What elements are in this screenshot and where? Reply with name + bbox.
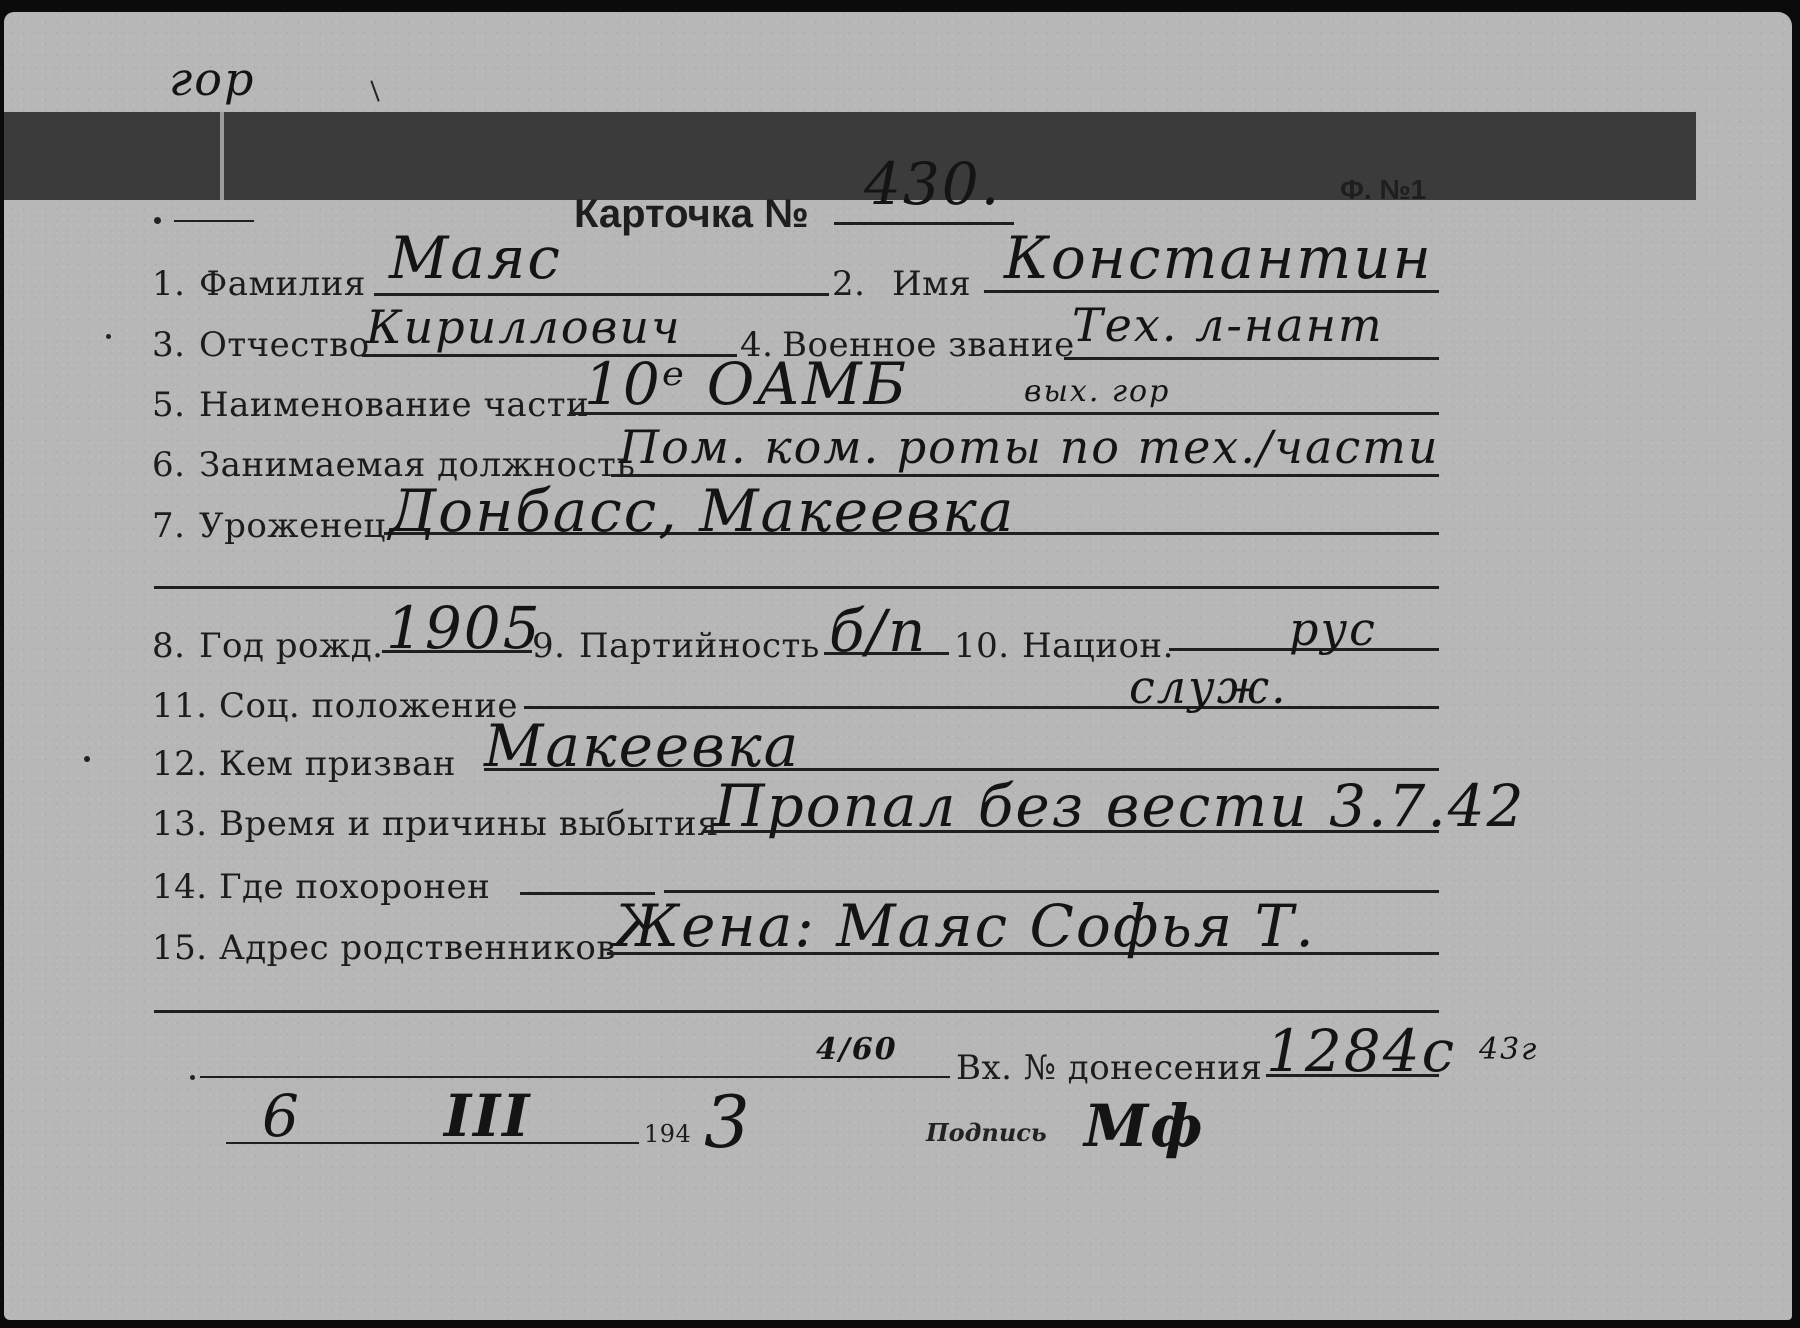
- field-12-value: Макеевка: [484, 712, 800, 780]
- field-4-value: Тех. л-нант: [1072, 298, 1384, 352]
- field-3-label: Отчество: [199, 325, 370, 365]
- incoming-label: Вх. № донесения: [956, 1048, 1262, 1088]
- field-15-value: Жена: Маяс Софья Т.: [614, 892, 1316, 960]
- field-8-value: 1905: [386, 594, 542, 662]
- field-15-label: Адрес родственников: [219, 928, 616, 968]
- field-2-label: Имя: [892, 264, 971, 304]
- footer-margin-mark: 4/60: [816, 1032, 898, 1067]
- top-left-line: [174, 220, 254, 222]
- field-9-num: 9.: [532, 626, 565, 666]
- field-9-label: Партийность: [579, 626, 820, 666]
- field-1-line: [374, 293, 829, 296]
- field-7-extra-line: [154, 586, 1439, 589]
- field-13-value: Пропал без вести 3.7.42: [714, 772, 1526, 840]
- footer-line-left: [200, 1076, 950, 1078]
- field-10-value: рус: [1289, 602, 1377, 656]
- margin-dot: [106, 334, 111, 339]
- field-14-num: 14.: [152, 867, 208, 907]
- date-year-prefix: 194: [644, 1120, 691, 1148]
- field-13-num: 13.: [152, 804, 208, 844]
- field-10-num: 10.: [954, 626, 1010, 666]
- field-3-num: 3.: [152, 325, 185, 365]
- field-7-label: Уроженец: [199, 506, 386, 546]
- date-day: 6: [262, 1082, 301, 1150]
- field-13-label: Время и причины выбытия: [219, 804, 719, 844]
- field-12-num: 12.: [152, 744, 208, 784]
- card-number-line: [834, 222, 1014, 225]
- field-11-num: 11.: [152, 686, 208, 726]
- field-6-num: 6.: [152, 445, 185, 485]
- field-1-value: Маяс: [389, 224, 562, 292]
- field-14-label: Где похоронен: [219, 867, 490, 907]
- margin-dot-2: [84, 756, 90, 762]
- date-year-suffix: 3: [704, 1080, 752, 1164]
- field-7-num: 7.: [152, 506, 185, 546]
- field-11-value: служ.: [1129, 660, 1288, 714]
- field-15-num: 15.: [152, 928, 208, 968]
- field-11-label: Соц. положение: [219, 686, 518, 726]
- field-8-num: 8.: [152, 626, 185, 666]
- incoming-note: 43г: [1479, 1032, 1538, 1067]
- date-month: III: [444, 1082, 531, 1150]
- field-12-label: Кем призван: [219, 744, 456, 784]
- record-card: гор Карточка № 430. Ф. №1 1. Фамилия Мая…: [4, 12, 1792, 1320]
- field-4-line: [1064, 357, 1439, 360]
- field-7-value: Донбасс, Макеевка: [389, 477, 1015, 545]
- field-15-extra-line: [154, 1010, 1439, 1013]
- card-number: 430.: [864, 150, 1001, 218]
- form-number: Ф. №1: [1340, 174, 1426, 206]
- card-title: Карточка №: [574, 192, 809, 237]
- field-2-num: 2.: [832, 264, 865, 304]
- signature: Мф: [1084, 1092, 1205, 1160]
- top-left-dot: [154, 217, 161, 224]
- footer-dot: [190, 1075, 195, 1080]
- field-5-value: 10ᵉ ОАМБ: [584, 350, 908, 418]
- field-6-value: Пом. ком. роты по тех./части: [619, 420, 1439, 474]
- header-band: [4, 112, 1696, 200]
- field-1-label: Фамилия: [199, 264, 366, 304]
- corner-note: гор: [169, 52, 255, 106]
- field-8-label: Год рожд.: [199, 626, 383, 666]
- field-1-num: 1.: [152, 264, 185, 304]
- field-9-value: б/п: [829, 597, 927, 665]
- field-5-label: Наименование части: [199, 385, 589, 425]
- field-2-value: Константин: [1004, 224, 1433, 292]
- field-5-note: вых. гор: [1024, 374, 1170, 409]
- field-5-num: 5.: [152, 385, 185, 425]
- scratch-mark: [370, 80, 379, 101]
- incoming-value: 1284с: [1266, 1017, 1456, 1085]
- band-scratch: [220, 112, 224, 200]
- field-3-value: Кириллович: [366, 300, 682, 354]
- signature-label: Подпись: [926, 1118, 1047, 1147]
- field-11-line: [524, 706, 1439, 709]
